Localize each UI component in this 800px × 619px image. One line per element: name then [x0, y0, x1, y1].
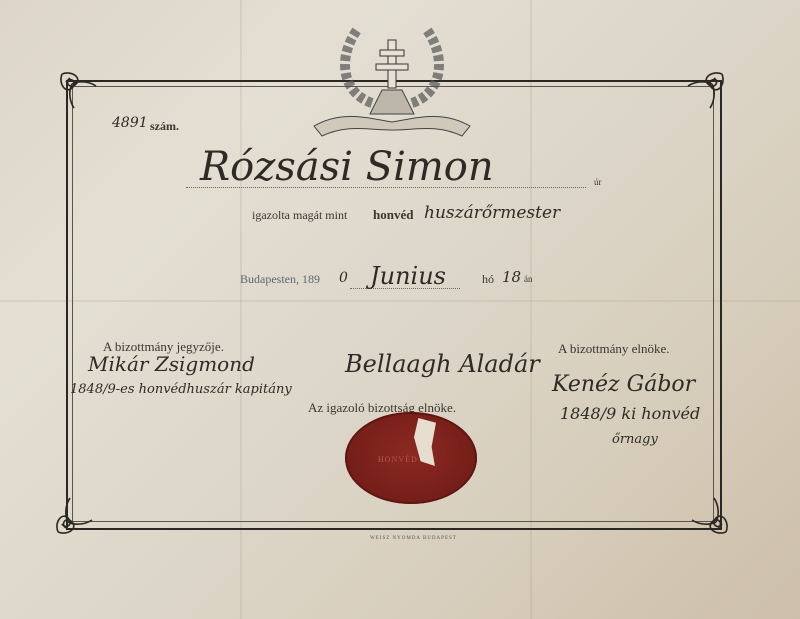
holder-name: Rózsási Simon	[200, 144, 494, 190]
day-handwritten: 18	[502, 268, 521, 286]
ho-label: hó	[482, 272, 494, 287]
day-suffix: án	[524, 274, 533, 284]
month-handwritten: Junius	[370, 262, 446, 290]
ornament-corner-top-left-icon	[56, 68, 100, 112]
number-label: szám.	[150, 119, 179, 134]
secretary-signature: Mikár Zsigmond	[88, 352, 255, 376]
president-signature: Bellaagh Aladár	[345, 350, 540, 378]
rank-handwritten: huszárőrmester	[424, 203, 560, 223]
place-date-printed: Budapesten, 189	[240, 272, 320, 287]
committee-president-rank2: őrnagy	[612, 432, 658, 447]
verifying-committee-title: Az igazoló bizottság elnöke.	[308, 400, 456, 416]
wreath-double-cross-emblem-icon	[312, 18, 472, 140]
name-suffix: úr	[594, 177, 602, 187]
printer-imprint: WEISZ NYOMDA BUDAPEST	[370, 536, 457, 541]
secretary-rank: 1848/9-es honvédhuszár kapitány	[70, 382, 292, 397]
verification-text: igazolta magát mint	[252, 208, 347, 223]
year-digit: 0	[339, 270, 348, 286]
committee-president-title: A bizottmány elnöke.	[558, 341, 670, 357]
ornament-corner-bottom-right-icon	[688, 494, 732, 538]
honved-label: honvéd	[373, 207, 413, 223]
ornament-corner-bottom-left-icon	[52, 494, 96, 538]
seal-inscription: HONVÉD	[378, 455, 418, 464]
certificate-number: 4891	[112, 115, 148, 131]
ornament-corner-top-right-icon	[684, 68, 728, 112]
committee-president-rank: 1848/9 ki honvéd	[560, 404, 700, 423]
committee-president-signature: Kenéz Gábor	[552, 372, 695, 397]
